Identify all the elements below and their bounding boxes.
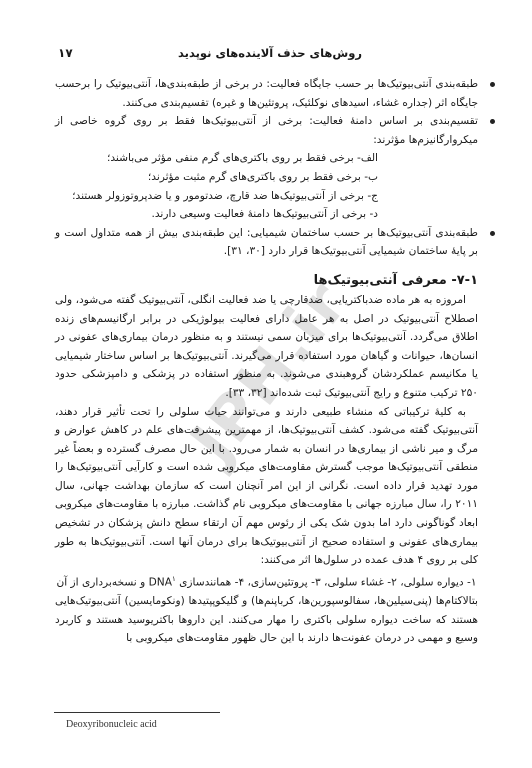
paragraph: به کلیهٔ ترکیباتی که منشاء طبیعی دارند و… xyxy=(55,403,478,570)
sub-item: ب- برخی فقط بر روی باکتری‌های گرم مثبت م… xyxy=(55,168,378,187)
targets-text: ۱- دیواره سلولی، ۲- غشاء سلولی، ۳- پروتئ… xyxy=(149,576,477,588)
section-heading: ۷-۱- معرفی آنتی‌بیوتیک‌ها xyxy=(55,271,478,291)
footnote: Deoxyribonucleic acid xyxy=(66,719,157,730)
footnote-divider xyxy=(54,712,220,713)
bullet-text: طبقه‌بندی آنتی‌بیوتیک‌ها بر حسب جایگاه ف… xyxy=(55,78,478,109)
sub-item: ج- برخی از آنتی‌بیوتیک‌ها ضد قارچ، ضدتوم… xyxy=(55,187,378,206)
targets-line: ۱- دیواره سلولی، ۲- غشاء سلولی، ۳- پروتئ… xyxy=(55,570,478,592)
bullet-text: طبقه‌بندی آنتی‌بیوتیک‌ها بر حسب ساختمان … xyxy=(55,227,478,258)
page-header: ۱۷ روش‌های حذف آلاینده‌های نوپدید xyxy=(48,44,480,64)
bullet-icon xyxy=(490,119,495,124)
bullet-icon xyxy=(490,231,495,236)
bullet-icon xyxy=(490,82,495,87)
running-title: روش‌های حذف آلاینده‌های نوپدید xyxy=(178,46,362,60)
paragraph: بتالاکتام‌ها (پنی‌سیلین‌ها، سفالوسپورین‌… xyxy=(55,592,478,648)
bullet-item: تقسیم‌بندی بر اساس دامنهٔ فعالیت: برخی ا… xyxy=(55,112,478,224)
sub-item: الف- برخی فقط بر روی باکتری‌های گرم منفی… xyxy=(55,149,378,168)
bullet-item: طبقه‌بندی آنتی‌بیوتیک‌ها بر حسب ساختمان … xyxy=(55,224,478,261)
page-number: ۱۷ xyxy=(58,46,73,60)
bullet-item: طبقه‌بندی آنتی‌بیوتیک‌ها بر حسب جایگاه ف… xyxy=(55,75,478,112)
body-text: طبقه‌بندی آنتی‌بیوتیک‌ها بر حسب جایگاه ف… xyxy=(55,75,478,648)
paragraph: امروزه به هر ماده ضدباکتریایی، ضدقارچی ی… xyxy=(55,291,478,403)
sub-list: الف- برخی فقط بر روی باکتری‌های گرم منفی… xyxy=(55,149,478,223)
targets-text-end: و نسخه‌برداری از آن xyxy=(56,576,148,588)
sub-item: د- برخی از آنتی‌بیوتیک‌ها دامنهٔ فعالیت … xyxy=(55,205,378,224)
document-page: JPH.ir ۱۷ روش‌های حذف آلاینده‌های نوپدید… xyxy=(0,0,532,768)
bullet-text: تقسیم‌بندی بر اساس دامنهٔ فعالیت: برخی ا… xyxy=(55,115,478,146)
